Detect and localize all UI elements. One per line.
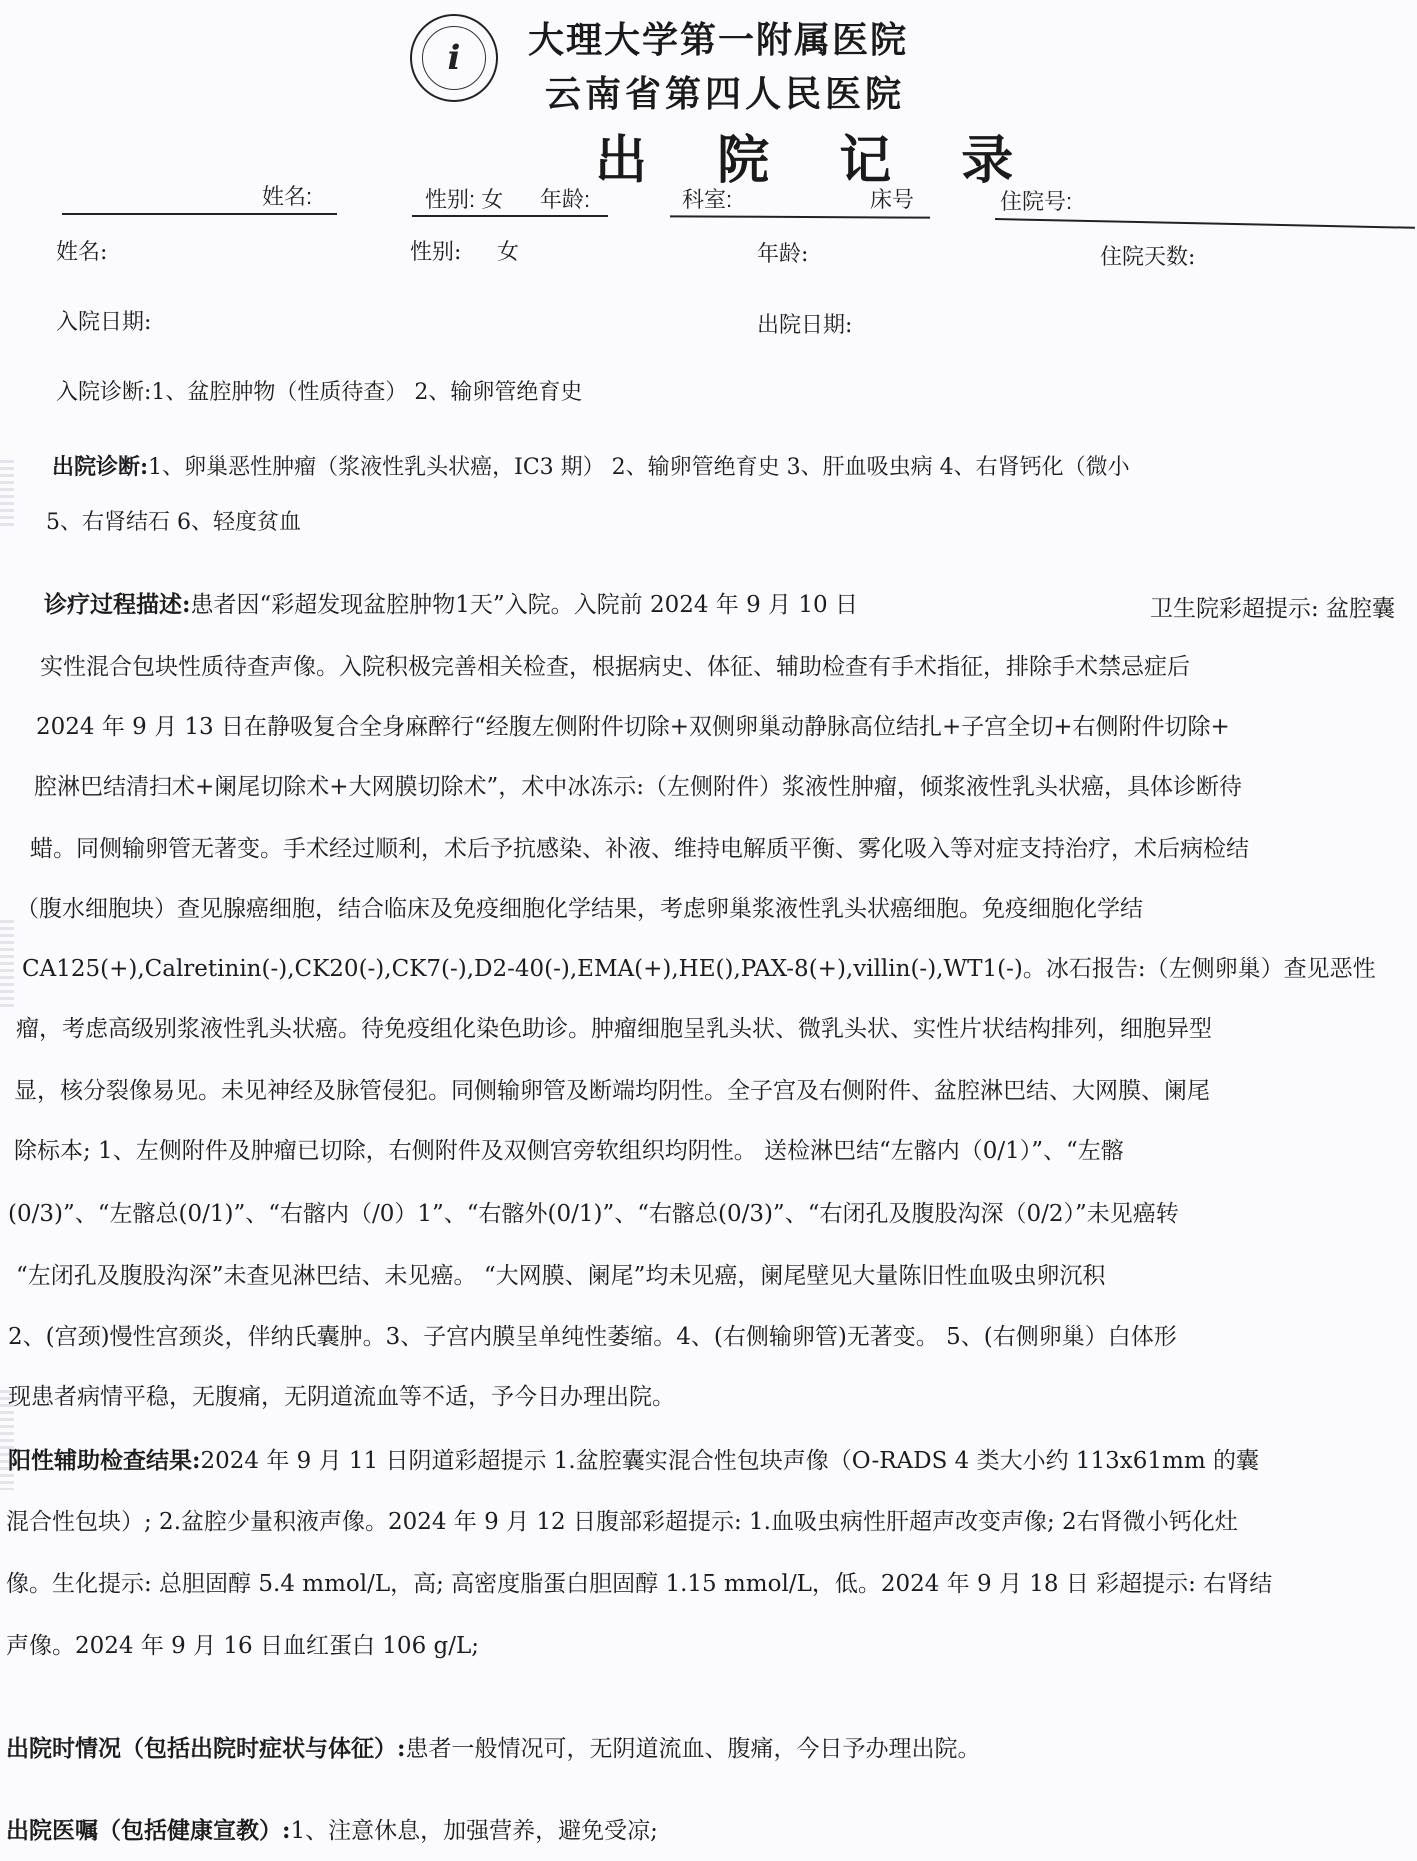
- treatment-course-line: 2024 年 9 月 13 日在静吸复合全身麻醉行“经腹左侧附件切除+双侧卵巢动…: [36, 708, 1230, 741]
- header-admission-no-label: 住院号:: [1000, 185, 1072, 216]
- positive-results-label: 阳性辅助检查结果:: [8, 1447, 201, 1474]
- positive-results-line: 像。生化提示: 总胆固醇 5.4 mmol/L，高; 高密度脂蛋白胆固醇 1.1…: [6, 1565, 1272, 1598]
- scan-artifact: [0, 460, 14, 530]
- admission-diagnosis-label: 入院诊断:: [56, 380, 151, 405]
- discharge-diagnosis-text: 1、卵巢恶性肿瘤（浆液性乳头状癌，IC3 期） 2、输卵管绝育史 3、肝血吸虫病…: [148, 455, 1129, 480]
- treatment-course-line: （腹水细胞块）查见腺癌细胞，结合临床及免疫细胞化学结果，考虑卵巢浆液性乳头状癌细…: [16, 890, 1143, 923]
- header-underline: [995, 218, 1415, 229]
- header-name-label: 姓名:: [262, 180, 312, 211]
- treatment-course-label: 诊疗过程描述:: [44, 591, 191, 618]
- treatment-course-line: CA125(+),Calretinin(-),CK20(-),CK7(-),D2…: [22, 950, 1376, 983]
- treatment-course-line-1-right: 卫生院彩超提示: 盆腔囊: [1150, 590, 1395, 623]
- name-label: 姓名:: [56, 235, 107, 266]
- positive-results-text: 2024 年 9 月 11 日阴道彩超提示 1.盆腔囊实混合性包块声像（O-RA…: [201, 1448, 1259, 1474]
- treatment-course-line: 除标本; 1、左侧附件及肿瘤已切除，右侧附件及双侧宫旁软组织均阴性。 送检淋巴结…: [14, 1132, 1124, 1165]
- discharge-advice-text: 1、注意休息，加强营养，避免受凉;: [291, 1818, 658, 1844]
- admission-diagnosis-text: 1、盆腔肿物（性质待查） 2、输卵管绝育史: [151, 380, 582, 405]
- header-age-label: 年龄:: [540, 183, 590, 214]
- document-title: 出 院 记 录: [595, 118, 1039, 193]
- discharge-diagnosis-label: 出院诊断:: [52, 454, 148, 480]
- gender-value: 女: [497, 235, 519, 266]
- header-gender-label: 性别: 女: [425, 183, 503, 214]
- treatment-course-line: 腔淋巴结清扫术+阑尾切除术+大网膜切除术”，术中冰冻示:（左侧附件）浆液性肿瘤，…: [34, 768, 1242, 801]
- treatment-course-line: (0/3)”、“左髂总(0/1)”、“右髂内（/0）1”、“右髂外(0/1)”、…: [8, 1195, 1179, 1228]
- discharge-condition: 出院时情况（包括出院时症状与体征）:患者一般情况可，无阴道流血、腹痛，今日予办理…: [6, 1730, 981, 1763]
- header-underline: [670, 215, 930, 218]
- treatment-course-text: 患者因“彩超发现盆腔肿物1天”入院。入院前 2024 年 9 月 10 日: [191, 592, 858, 618]
- discharge-diagnosis-line-1: 出院诊断:1、卵巢恶性肿瘤（浆液性乳头状癌，IC3 期） 2、输卵管绝育史 3、…: [52, 450, 1130, 481]
- treatment-course-line: 蜡。同侧输卵管无著变。手术经过顺利，术后予抗感染、补液、维持电解质平衡、雾化吸入…: [30, 830, 1249, 863]
- admission-diagnosis: 入院诊断:1、盆腔肿物（性质待查） 2、输卵管绝育史: [56, 375, 582, 406]
- stay-days-label: 住院天数:: [1100, 240, 1195, 271]
- admit-date-label: 入院日期:: [56, 305, 151, 336]
- discharge-date-label: 出院日期:: [757, 308, 852, 339]
- positive-results-line-1: 阳性辅助检查结果:2024 年 9 月 11 日阴道彩超提示 1.盆腔囊实混合性…: [8, 1442, 1259, 1475]
- gender-label: 性别:: [410, 235, 461, 266]
- header-bed-label: 床号: [870, 183, 914, 214]
- discharge-advice: 出院医嘱（包括健康宣教）:1、注意休息，加强营养，避免受凉;: [6, 1812, 658, 1845]
- age-label: 年龄:: [757, 237, 808, 268]
- header-underline: [62, 213, 337, 215]
- discharge-diagnosis-line-2: 5、右肾结石 6、轻度贫血: [46, 505, 301, 536]
- treatment-course-line: 瘤，考虑高级别浆液性乳头状癌。待免疫组化染色助诊。肿瘤细胞呈乳头状、微乳头状、实…: [16, 1010, 1212, 1043]
- hospital-name-secondary: 云南省第四人民医院: [545, 66, 905, 117]
- hospital-logo-icon: i: [410, 14, 498, 102]
- discharge-condition-label: 出院时情况（包括出院时症状与体征）:: [6, 1735, 406, 1762]
- positive-results-line: 声像。2024 年 9 月 16 日血红蛋白 106 g/L;: [6, 1627, 479, 1660]
- positive-results-line: 混合性包块）; 2.盆腔少量积液声像。2024 年 9 月 12 日腹部彩超提示…: [6, 1503, 1238, 1536]
- header-department-label: 科室:: [682, 183, 732, 214]
- treatment-course-line: 实性混合包块性质待查声像。入院积极完善相关检查，根据病史、体征、辅助检查有手术指…: [40, 648, 1190, 681]
- discharge-condition-text: 患者一般情况可，无阴道流血、腹痛，今日予办理出院。: [406, 1736, 981, 1762]
- treatment-course-line-1: 诊疗过程描述:患者因“彩超发现盆腔肿物1天”入院。入院前 2024 年 9 月 …: [44, 586, 858, 619]
- discharge-advice-label: 出院医嘱（包括健康宣教）:: [6, 1817, 291, 1844]
- treatment-course-line: 显，核分裂像易见。未见神经及脉管侵犯。同侧输卵管及断端均阴性。全子宫及右侧附件、…: [14, 1072, 1210, 1105]
- header-underline: [412, 215, 608, 217]
- treatment-course-line: 2、(宫颈)慢性宫颈炎，伴纳氏囊肿。3、子宫内膜呈单纯性萎缩。4、(右侧输卵管)…: [8, 1318, 1177, 1351]
- scan-artifact: [0, 920, 14, 1010]
- hospital-name-primary: 大理大学第一附属医院: [528, 12, 908, 63]
- logo-glyph: i: [422, 26, 486, 90]
- treatment-course-line: “左闭孔及腹股沟深”未查见淋巴结、未见癌。 “大网膜、阑尾”均未见癌，阑尾壁见大…: [16, 1257, 1105, 1290]
- treatment-course-line: 现患者病情平稳，无腹痛，无阴道流血等不适，予今日办理出院。: [8, 1378, 675, 1411]
